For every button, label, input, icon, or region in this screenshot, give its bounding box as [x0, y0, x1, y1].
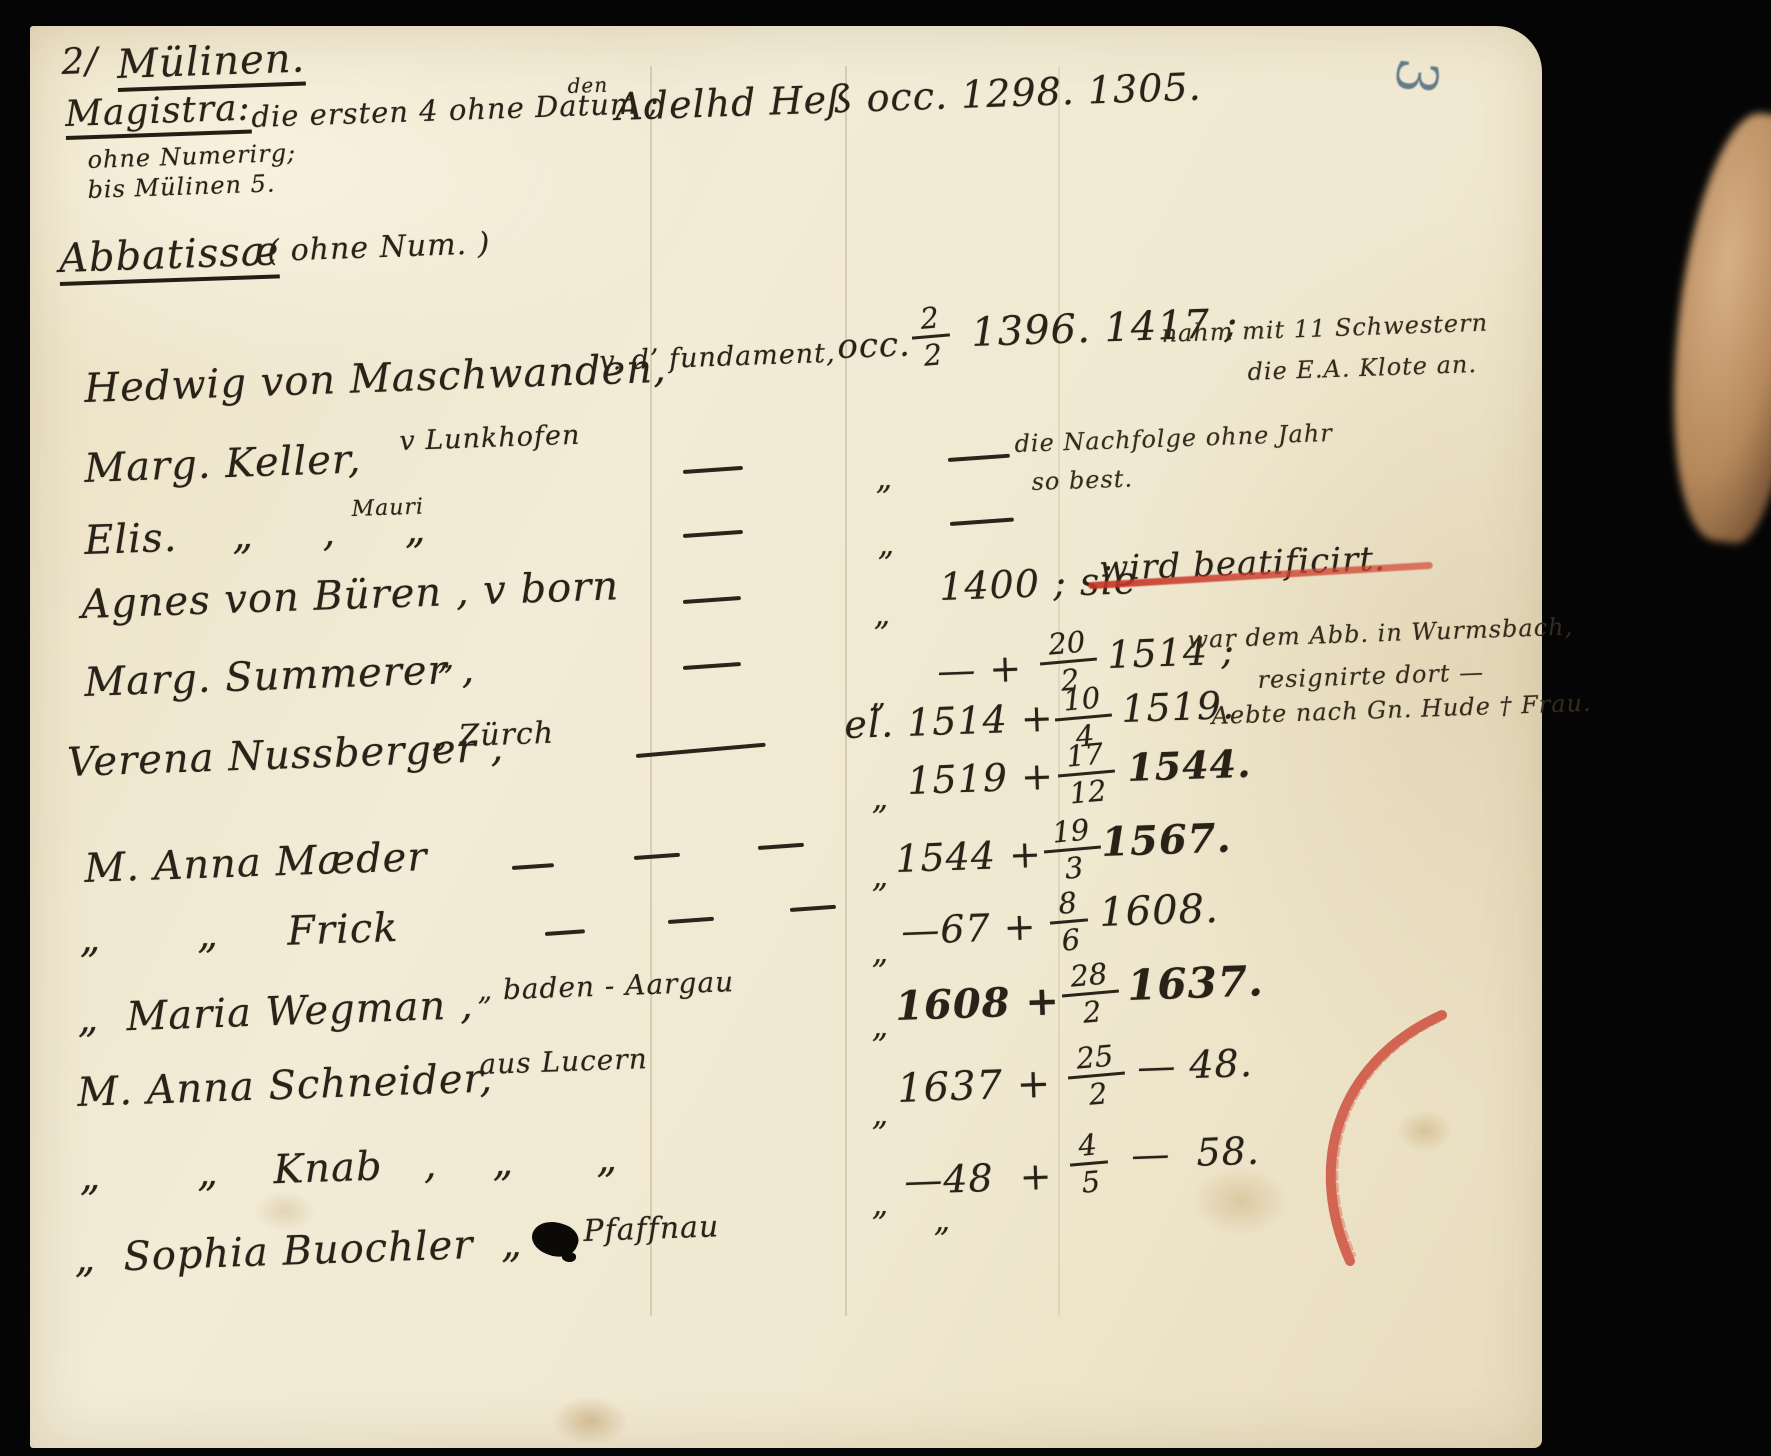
- ditto-mark: „: [875, 461, 894, 495]
- entry-date-pre: —48 +: [904, 1157, 1054, 1202]
- entry-origin: „ Zürch: [431, 718, 555, 754]
- entry-date: 1544.: [1127, 744, 1252, 788]
- frac-numerator: 8: [1047, 886, 1088, 925]
- finger: [1652, 106, 1771, 547]
- ditto-mark: „: [877, 527, 896, 561]
- red-crayon-mark: [1290, 1005, 1520, 1275]
- frac-numerator: 20: [1037, 626, 1097, 666]
- entry-date-pre: 1519 +: [907, 757, 1055, 802]
- numbering-note-2: bis Mülinen 5.: [87, 171, 276, 203]
- page-title: Mülinen.: [116, 37, 306, 92]
- frac-numerator: 2: [909, 301, 950, 340]
- section-suffix: ( ohne Num. ): [267, 228, 491, 267]
- entry-date-pre: 1637 +: [897, 1063, 1052, 1110]
- ditto-mark: „: [873, 597, 892, 631]
- entry-origin: Pfaffnau: [583, 1211, 720, 1247]
- entry-date-pre: 1608 +: [895, 980, 1061, 1028]
- scanned-manuscript-page: 2/ Mülinen. Magistra: die ersten 4 ohne …: [0, 0, 1771, 1456]
- ditto-mark: „: [871, 781, 890, 815]
- magistra-superscript: den: [567, 75, 608, 97]
- ditto-mark: „: [871, 859, 890, 893]
- entry-date-pre: occ.: [837, 327, 912, 365]
- frac-numerator: 19: [1041, 814, 1101, 854]
- entry-date: 1519.: [1121, 686, 1236, 730]
- entry-date-pre: el. 1514 +: [844, 699, 1055, 746]
- entry-date: 1637.: [1126, 959, 1264, 1008]
- frac-numerator: 17: [1055, 738, 1115, 778]
- ditto-mark: „: [871, 1187, 890, 1221]
- frac-denominator: 2: [1087, 1077, 1108, 1111]
- ditto-mark: „: [871, 1009, 890, 1043]
- entry-origin: aus Lucern: [479, 1044, 648, 1079]
- frac-numerator: 28: [1059, 958, 1119, 998]
- entry-date: — 58.: [1131, 1132, 1261, 1176]
- paper-fold-line: [650, 66, 652, 1316]
- ditto-mark: „: [871, 1097, 890, 1131]
- frac-numerator: 10: [1052, 682, 1112, 722]
- paper-fold-line: [845, 66, 847, 1316]
- frac-denominator: 2: [922, 338, 943, 372]
- entry-origin: v Lunkhofen: [399, 422, 581, 457]
- frac-numerator: 25: [1065, 1040, 1125, 1080]
- ditto-mark: „: [933, 1203, 952, 1237]
- ditto-mark: „: [437, 641, 456, 675]
- entry-date: 1608.: [1099, 888, 1220, 934]
- entry-name: Marg. Keller,: [84, 438, 362, 490]
- section-title: Abbatissæ: [58, 230, 280, 286]
- frac-numerator: 4: [1067, 1128, 1108, 1167]
- entry-date: 1567.: [1101, 817, 1233, 864]
- frac-denominator: 5: [1080, 1165, 1101, 1199]
- frac-denominator: 3: [1063, 851, 1084, 885]
- ditto-mark: „: [871, 935, 890, 969]
- annotation: so best.: [1031, 466, 1133, 495]
- entry-date-pre: 1544 +: [895, 835, 1043, 880]
- frac-denominator: 6: [1060, 923, 1081, 957]
- entry-date-pre: —67 +: [901, 907, 1038, 952]
- header-index: 2/: [61, 43, 99, 82]
- entry-superscript: Mauri: [351, 495, 424, 521]
- magistra-label: Magistra:: [64, 90, 251, 140]
- entry-date: — 48.: [1137, 1044, 1254, 1088]
- frac-denominator: 12: [1068, 774, 1108, 810]
- entry-name: „ „ Frick: [79, 907, 400, 960]
- frac-denominator: 2: [1081, 995, 1102, 1029]
- entry-date-pre: — +: [937, 649, 1023, 692]
